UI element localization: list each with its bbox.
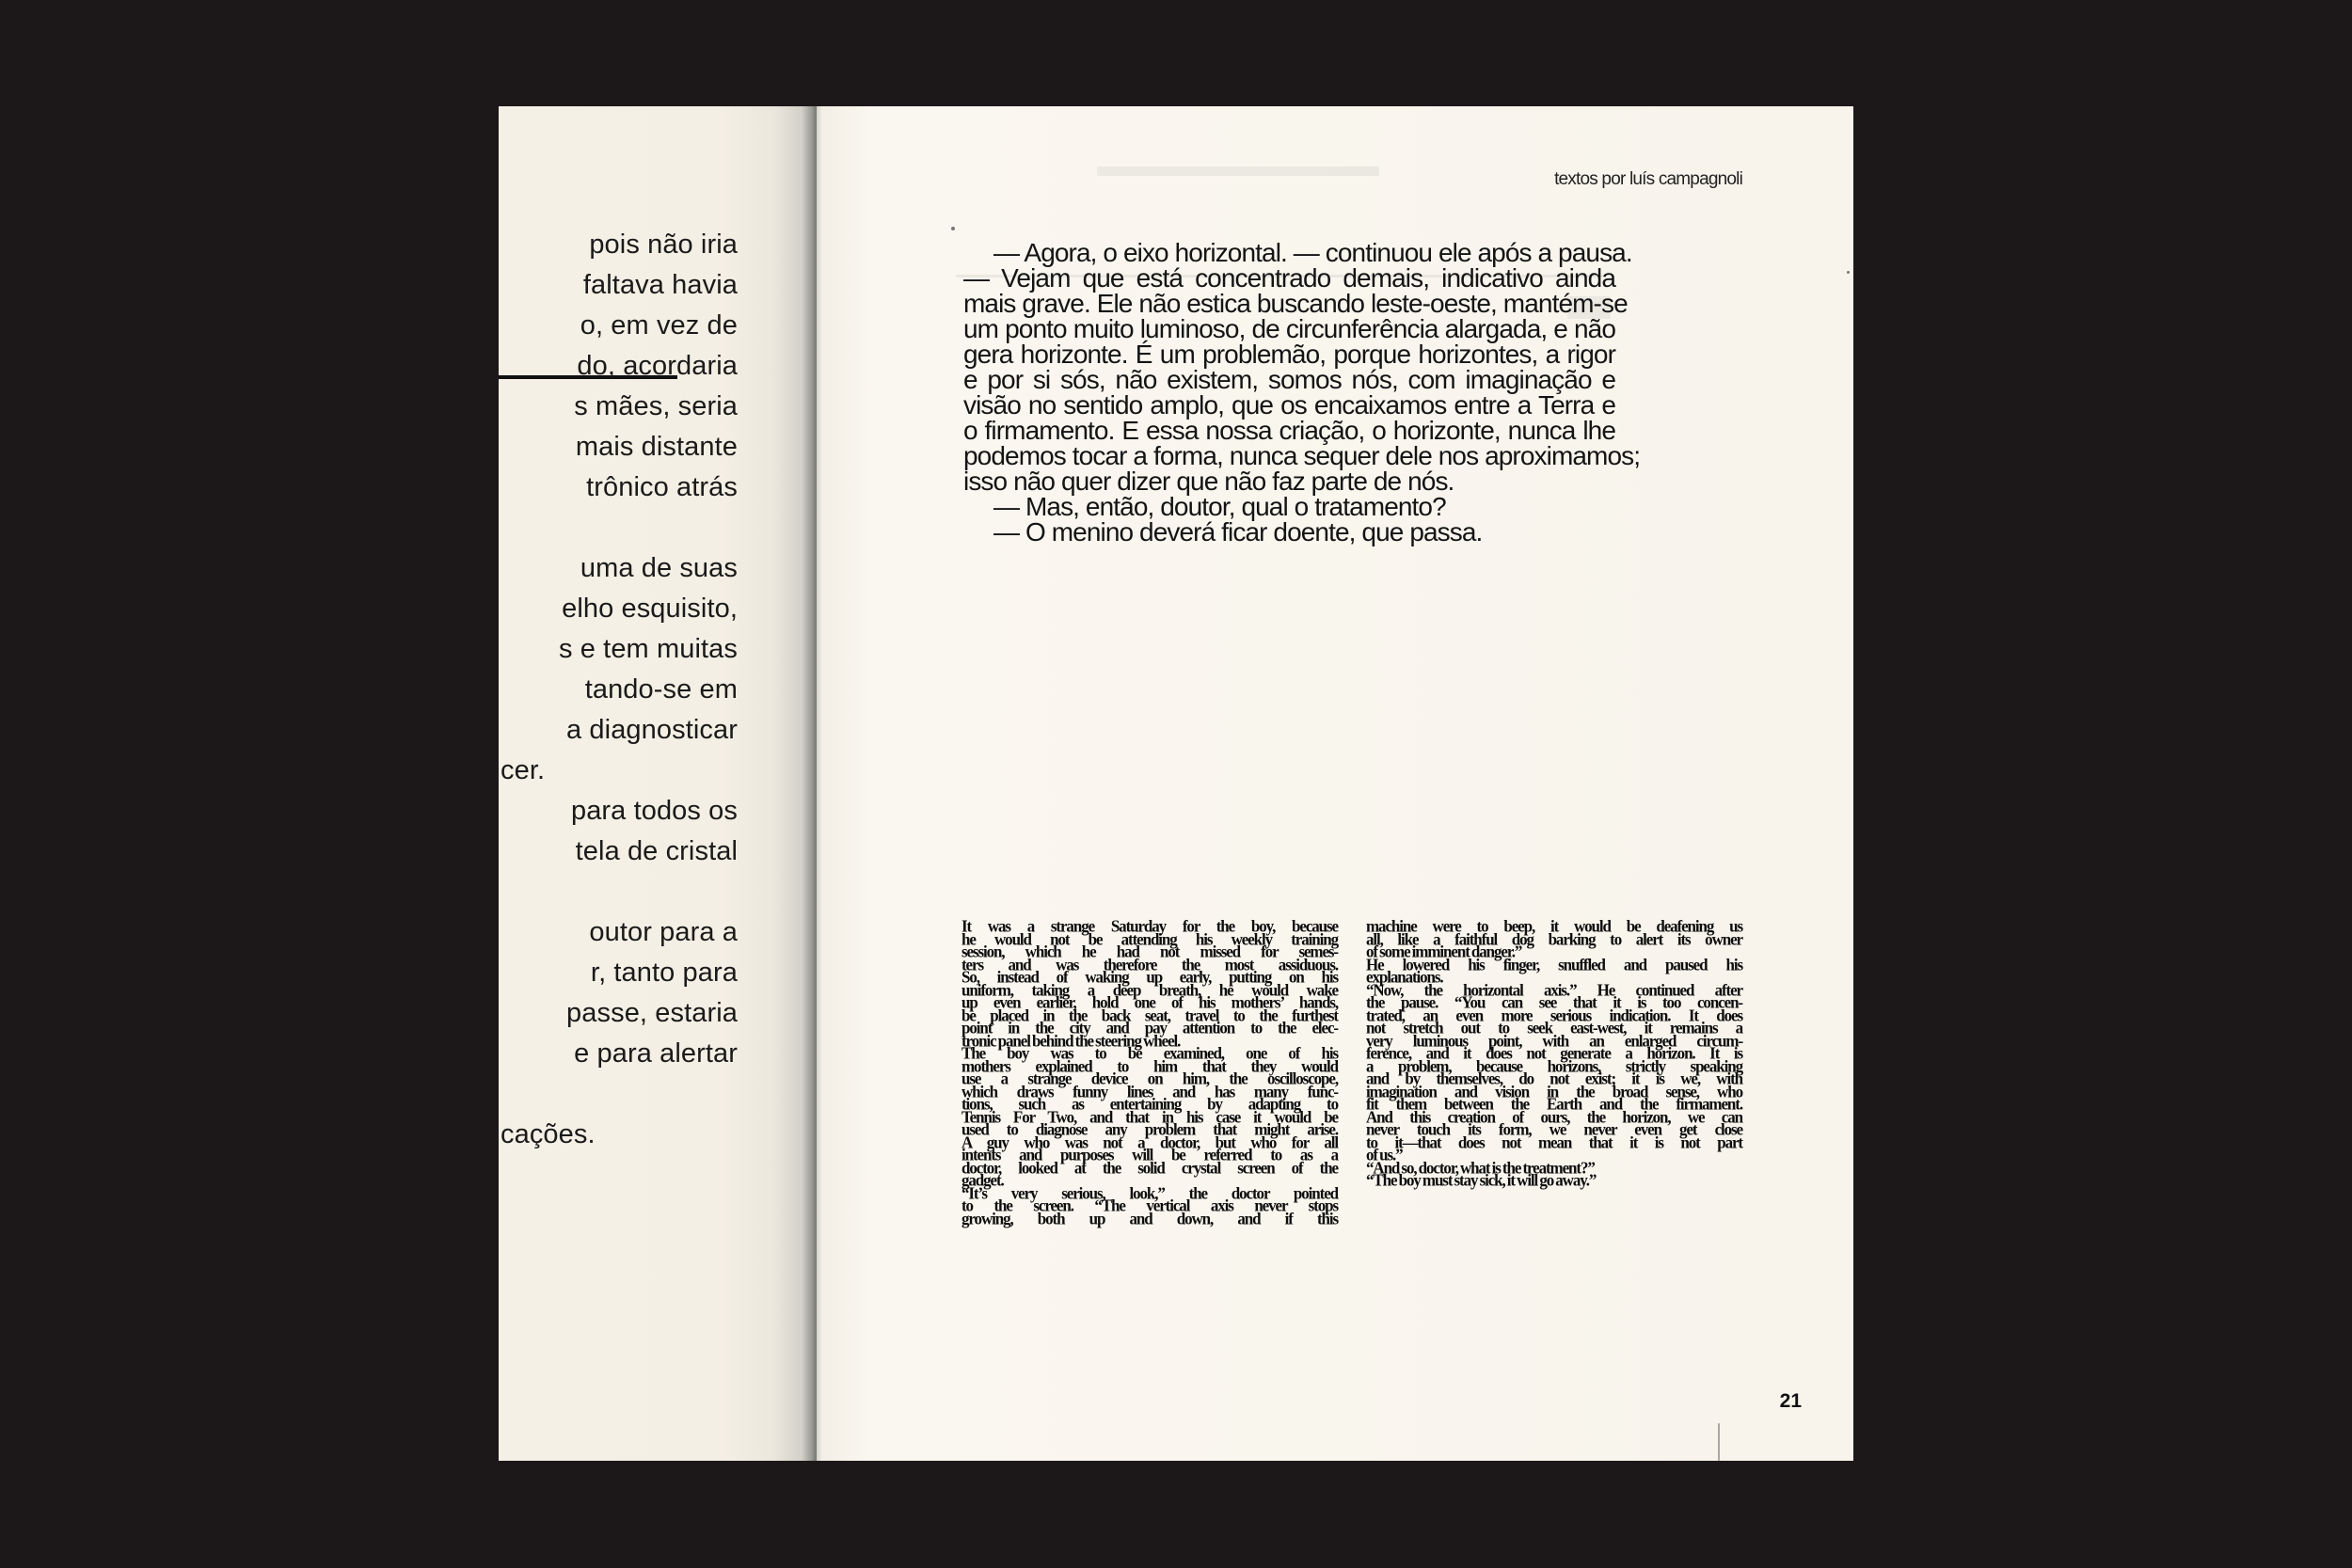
left-page-line: do, acordaria — [577, 351, 738, 382]
left-page-line: elho esquisito, — [562, 594, 738, 625]
english-text-line: to it—that does not mean that it is not … — [1366, 1135, 1742, 1148]
left-page-line: s mães, seria — [574, 391, 738, 422]
left-page-line: tela de cristal — [576, 836, 738, 867]
left-page: pois não iria faltava havia o, em vez de… — [499, 106, 818, 1461]
paper-speck — [951, 227, 955, 230]
book-spine — [802, 106, 817, 1461]
left-page-line: o, em vez de — [580, 310, 738, 341]
paper-speck — [1847, 271, 1850, 274]
left-page-line: e para alertar — [574, 1038, 738, 1069]
left-page-line: faltava havia — [583, 270, 738, 301]
english-column-2: machine were to beep, it would be deafen… — [1366, 920, 1742, 1187]
paper-speck — [1718, 1423, 1720, 1461]
left-page-line: r, tanto para — [591, 958, 738, 989]
show-through-mark — [1097, 166, 1379, 176]
right-page: textos por luís campagnoli — Agora, o ei… — [815, 106, 1853, 1461]
english-column-1: It was a strange Saturday for the boy, b… — [961, 920, 1338, 1225]
page-number: 21 — [1780, 1390, 1802, 1413]
left-page-line: a diagnosticar — [566, 715, 738, 746]
running-head: textos por luís campagnoli — [1554, 169, 1742, 190]
portuguese-text-line: — O menino deverá ficar doente, que pass… — [993, 517, 1615, 547]
left-page-line: outor para a — [589, 917, 738, 948]
left-page-line: tando-se em — [585, 674, 738, 705]
english-text-line: doctor, looked at the solid crystal scre… — [961, 1161, 1338, 1174]
left-page-line: para todos os — [571, 796, 738, 827]
left-page-line: cer. — [501, 755, 545, 786]
left-page-line: uma de suas — [580, 553, 738, 584]
book-spread: pois não iria faltava havia o, em vez de… — [0, 0, 2352, 1568]
left-page-line: cações. — [501, 1119, 596, 1150]
left-page-line: pois não iria — [589, 230, 738, 261]
english-text-line: “The boy must stay sick, it will go away… — [1366, 1174, 1742, 1187]
left-page-line: passe, estaria — [566, 998, 738, 1029]
left-page-line: s e tem muitas — [559, 634, 738, 665]
left-page-line: trônico atrás — [586, 472, 738, 503]
left-page-line: mais distante — [576, 432, 738, 463]
english-text-line: growing, both up and down, and if this — [961, 1212, 1338, 1225]
